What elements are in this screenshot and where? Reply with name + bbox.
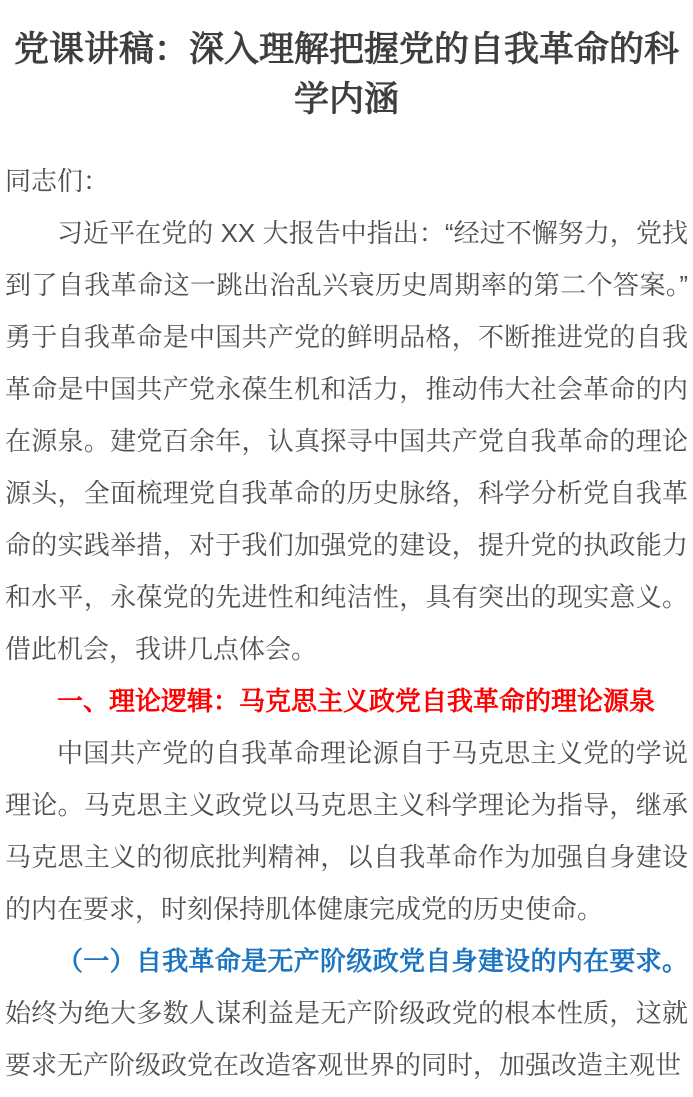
section-1-body-paragraph: 中国共产党的自我革命理论源自于马克思主义党的学说理论。马克思主义政党以马克思主义… [5, 727, 688, 935]
subsection-1-body-text: 始终为绝大多数人谋利益是无产阶级政党的根本性质，这就要求无产阶级政党在改造客观世… [5, 998, 688, 1080]
intro-paragraph: 习近平在党的 XX 大报告中指出：“经过不懈努力，党找到了自我革命这一跳出治乱兴… [5, 207, 688, 675]
section-1-heading: 一、理论逻辑：马克思主义政党自我革命的理论源泉 [5, 675, 688, 727]
section-1-subsection-1-paragraph: （一）自我革命是无产阶级政党自身建设的内在要求。始终为绝大多数人谋利益是无产阶级… [5, 935, 688, 1091]
document-title: 党课讲稿：深入理解把握党的自我革命的科学内涵 [5, 25, 688, 125]
document-page: 党课讲稿：深入理解把握党的自我革命的科学内涵 同志们： 习近平在党的 XX 大报… [0, 0, 693, 1097]
subsection-1-lead-sentence: （一）自我革命是无产阶级政党自身建设的内在要求。 [57, 946, 688, 976]
salutation-line: 同志们： [5, 155, 688, 207]
